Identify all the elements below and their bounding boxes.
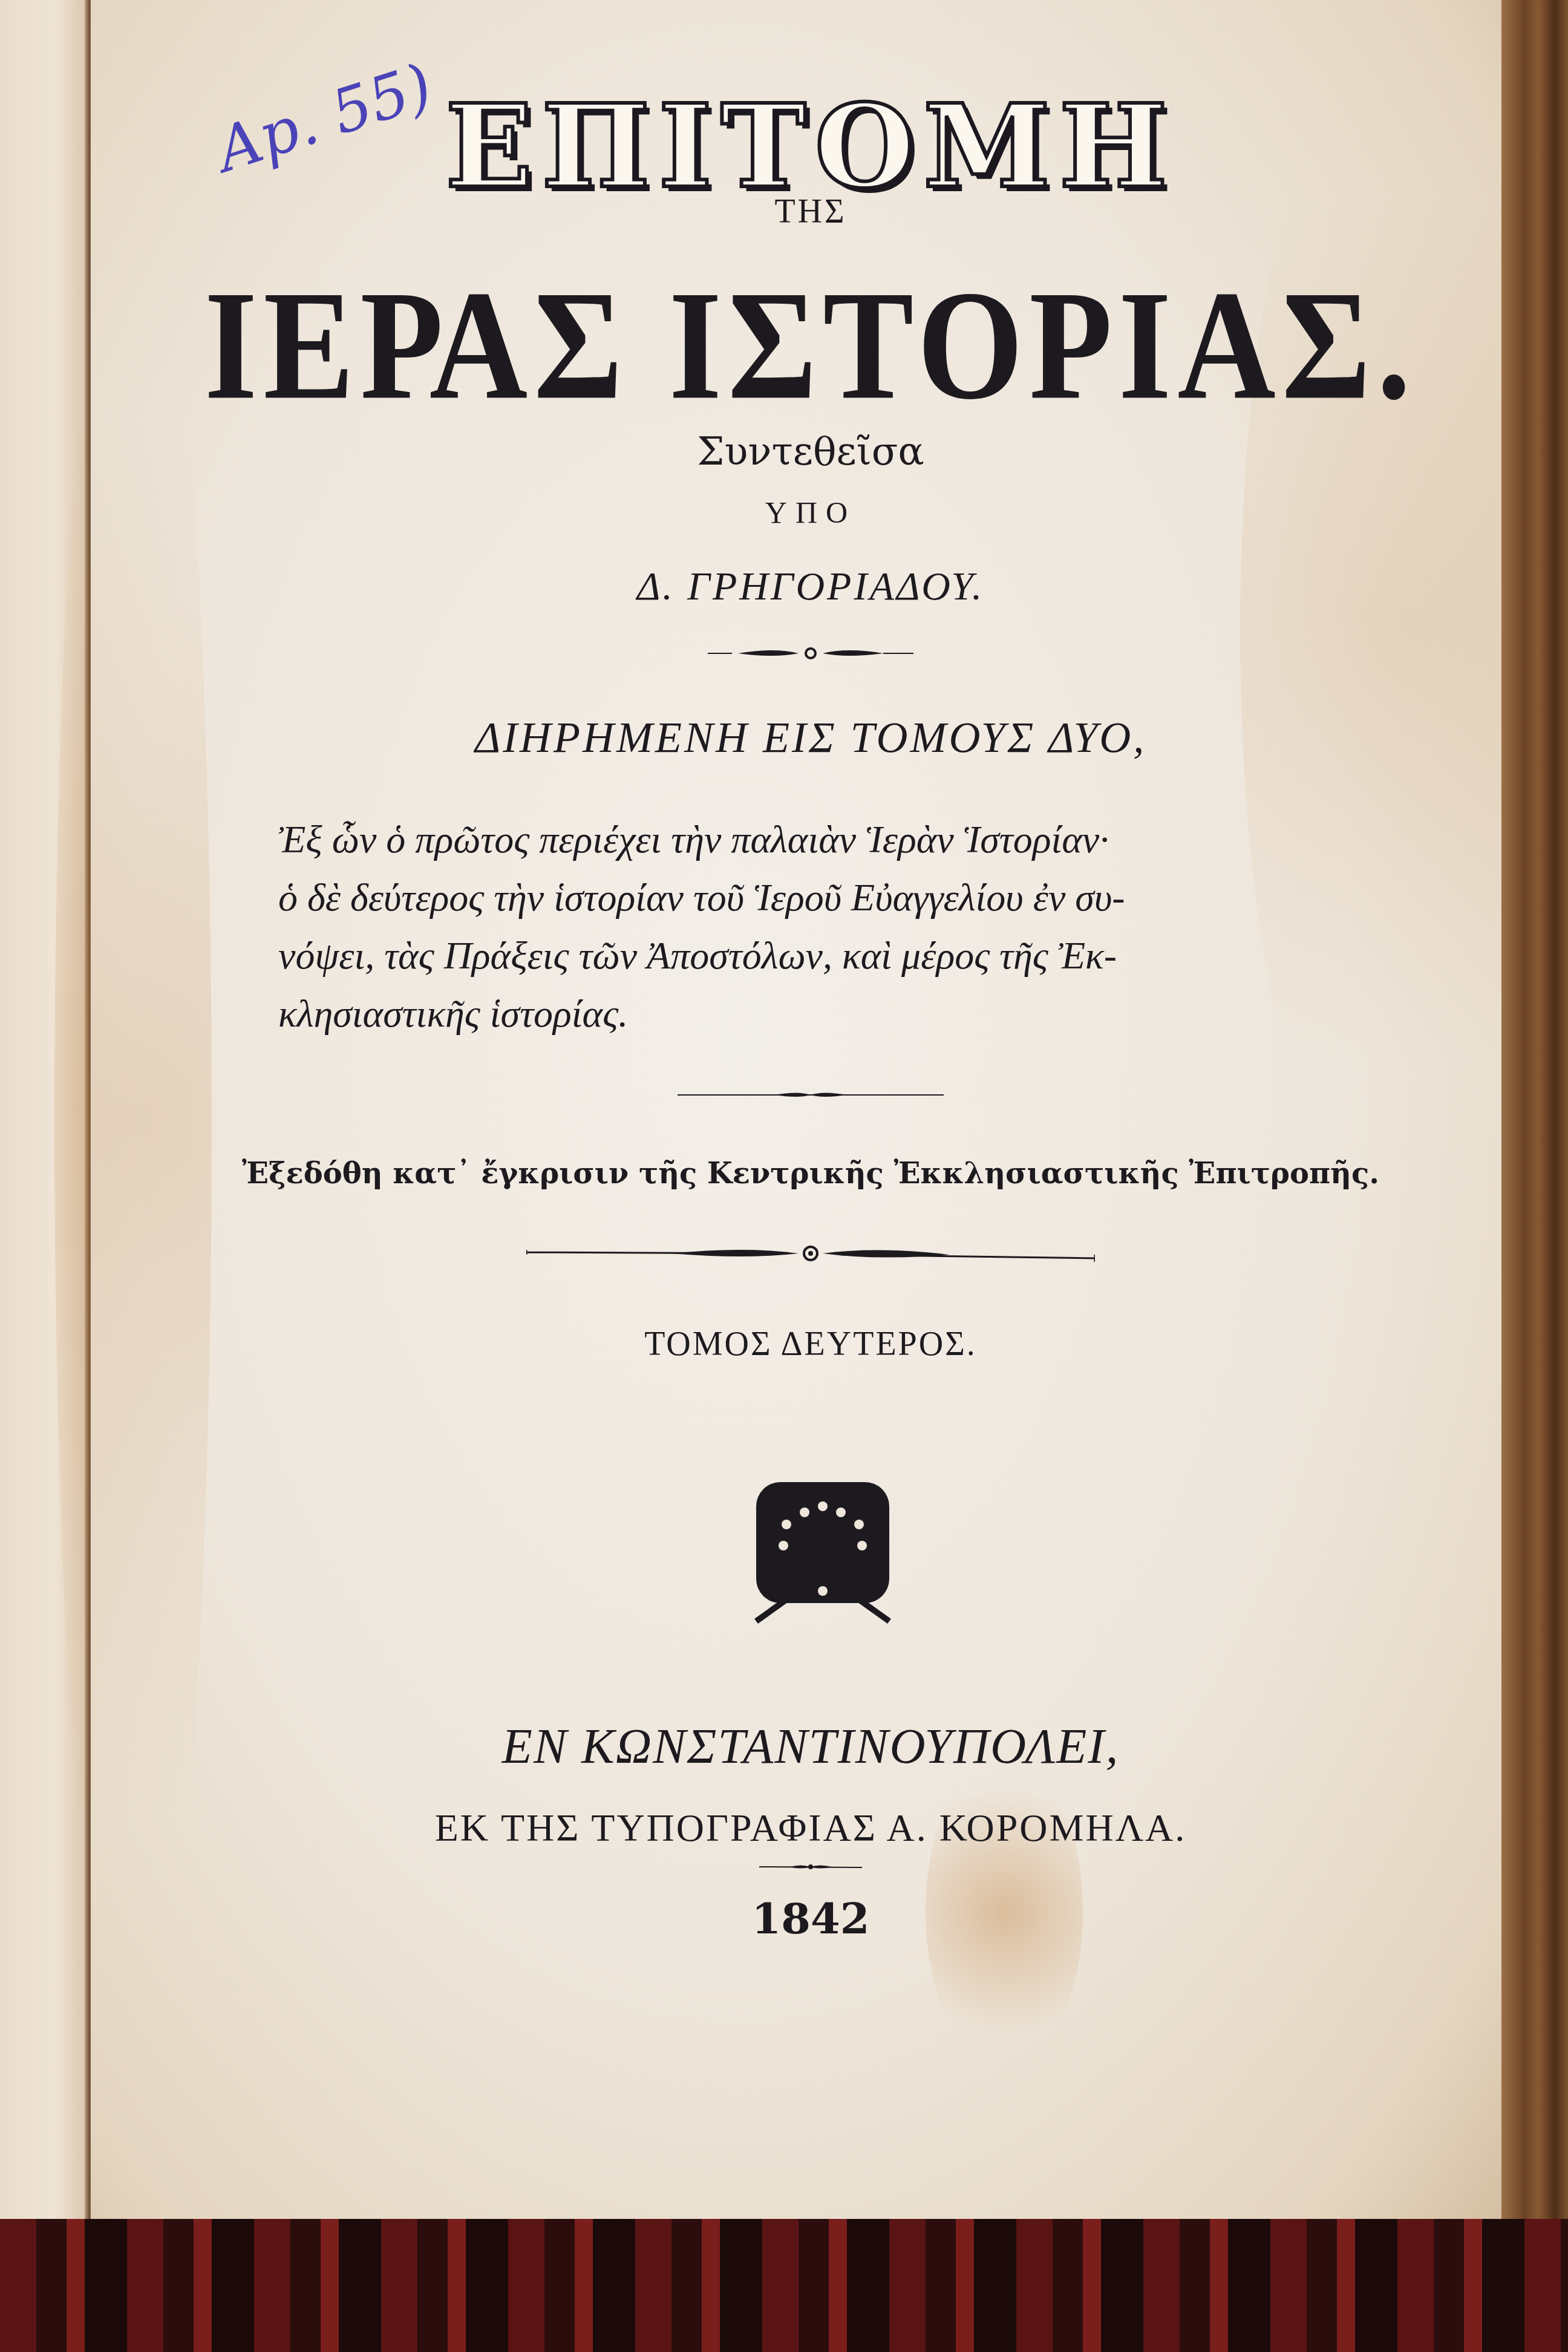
article-tes: ΤΗΣ	[91, 192, 1530, 231]
volume-label: ΤΟΜΟΣ ΔΕΥΤΕΡΟΣ.	[91, 1325, 1530, 1364]
printer-name: ΕΚ ΤΗΣ ΤΥΠΟΓΡΑΦΙΑΣ Α. ΚΟΡΟΜΗΛΑ.	[91, 1806, 1530, 1851]
ornament-divider-icon	[91, 1089, 1530, 1101]
ornament-divider-icon	[91, 646, 1530, 661]
description-line: Ἐξ ὧν ὁ πρῶτος περιέχει τὴν παλαιὰν Ἱερὰ…	[278, 811, 1355, 869]
ornament-divider-icon	[91, 1862, 1530, 1872]
ornament-divider-icon	[91, 1245, 1530, 1263]
by-label: ΥΠΟ	[91, 495, 1530, 530]
title-page-content: Ap. 55) ΕΠΙΤΟΜΗ ΤΗΣ ΙΕΡΑΣ ΙΣΤΟΡΙΑΣ. Συντ…	[91, 0, 1530, 2275]
description-line: ὁ δὲ δεύτερος τὴν ἱστορίαν τοῦ Ἱεροῦ Εὐα…	[278, 869, 1355, 927]
contents-description: Ἐξ ὧν ὁ πρῶτος περιέχει τὴν παλαιὰν Ἱερὰ…	[278, 811, 1355, 1043]
publication-city: ΕΝ ΚΩΝΣΤΑΝΤΙΝΟΥΠΟΛΕΙ,	[91, 1718, 1530, 1775]
author-name: Δ. ΓΡΗΓΟΡΙΑΔΟΥ.	[91, 564, 1530, 610]
pine-wreath-vignette-icon	[744, 1470, 901, 1627]
description-line: κλησιαστικῆς ἱστορίας.	[278, 985, 1355, 1043]
composed-label: Συντεθεῖσα	[91, 430, 1530, 474]
description-line: νόψει, τὰς Πράξεις τῶν Ἀποστόλων, καὶ μέ…	[278, 927, 1355, 985]
publication-year: 1842	[91, 1893, 1530, 1944]
approval-statement: Ἐξεδόθη κατ᾽ ἔγκρισιν τῆς Κεντρικῆς Ἐκκλ…	[91, 1157, 1530, 1191]
main-title: ΙΕΡΑΣ ΙΣΤΟΡΙΑΣ.	[91, 255, 1530, 436]
volumes-statement: ΔΙΗΡΗΜΕΝΗ ΕΙΣ ΤΟΜΟΥΣ ΔΥΟ,	[91, 713, 1530, 763]
